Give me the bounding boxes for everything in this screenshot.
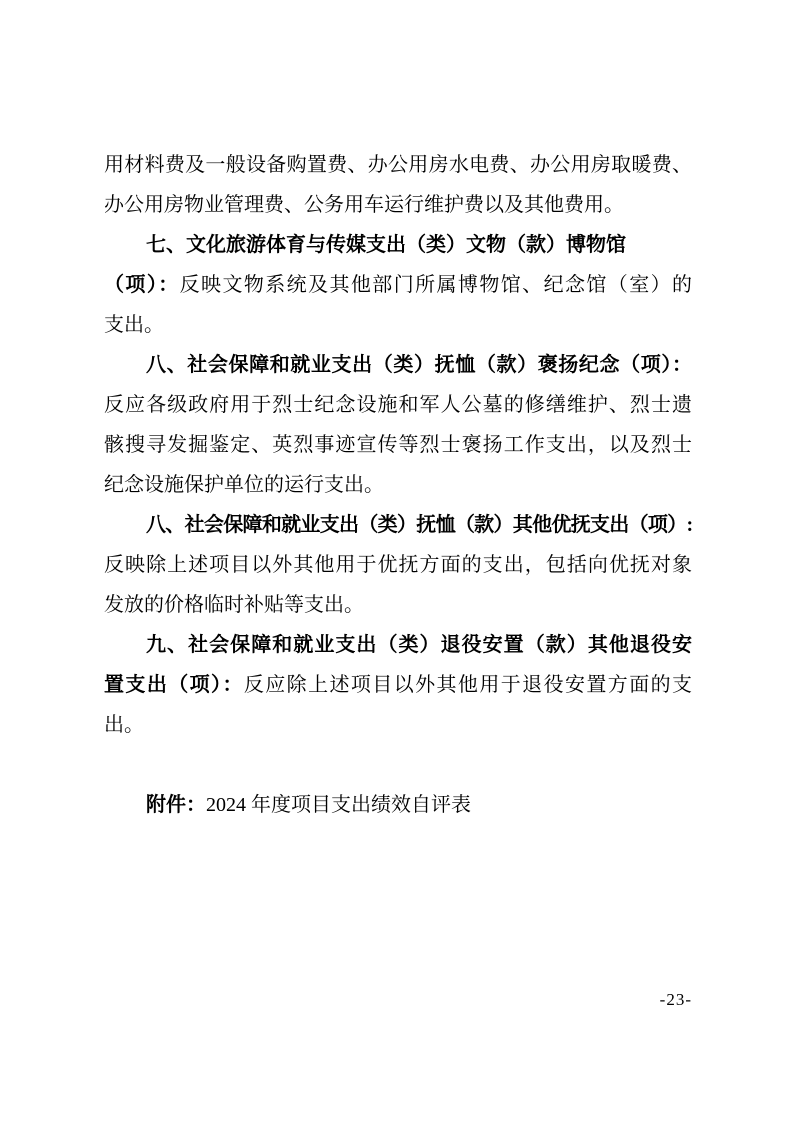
section-heading-9: 九、社会保障和就业支出（类）退役安置（款）其他退役安 [104,625,692,665]
heading-text: 八、社会保障和就业支出（类）抚恤（款）褒扬纪念（项）： [146,354,692,376]
body-line: 反应各级政府用于烈士纪念设施和军人公墓的修缮维护、烈士遗 [104,385,692,425]
body-text: 办公用房物业管理费、公务用车运行维护费以及其他费用。 [104,194,624,216]
section-heading-8a: 八、社会保障和就业支出（类）抚恤（款）褒扬纪念（项）： [104,345,692,385]
page-number: -23- [660,991,692,1009]
heading-text: 七、文化旅游体育与传媒支出（类）文物（款）博物馆 [146,234,626,256]
body-line: 办公用房物业管理费、公务用车运行维护费以及其他费用。 [104,185,692,225]
document-body: 用材料费及一般设备购置费、办公用房水电费、办公用房取暖费、 办公用房物业管理费、… [104,145,692,825]
attachment-label: 附件： [146,794,206,816]
body-line: （项）：反映文物系统及其他部门所属博物馆、纪念馆（室）的 [104,265,692,305]
heading-text: 九、社会保障和就业支出（类）退役安置（款）其他退役安 [146,634,692,656]
body-line: 反映除上述项目以外其他用于优抚方面的支出，包括向优抚对象 [104,545,692,585]
body-line: 出。 [104,705,692,745]
document-page: 用材料费及一般设备购置费、办公用房水电费、办公用房取暖费、 办公用房物业管理费、… [0,0,793,1122]
body-text: 反应除上述项目以外其他用于退役安置方面的支 [244,674,692,696]
attachment-title: 2024 年度项目支出绩效自评表 [206,794,471,816]
section-heading-8b: 八、社会保障和就业支出（类）抚恤（款）其他优抚支出（项）: [104,505,692,545]
body-line: 纪念设施保护单位的运行支出。 [104,465,692,505]
heading-run-in: （项）： [104,274,180,296]
body-line: 支出。 [104,305,692,345]
body-text: 纪念设施保护单位的运行支出。 [104,474,384,496]
blank-line [104,745,692,785]
body-text: 反映除上述项目以外其他用于优抚方面的支出，包括向优抚对象 [104,554,692,576]
body-text: 出。 [104,714,144,736]
body-line: 发放的价格临时补贴等支出。 [104,585,692,625]
body-text: 发放的价格临时补贴等支出。 [104,594,364,616]
body-text: 反应各级政府用于烈士纪念设施和军人公墓的修缮维护、烈士遗 [104,394,692,416]
body-line: 骸搜寻发掘鉴定、英烈事迹宣传等烈士褒扬工作支出，以及烈士 [104,425,692,465]
body-text: 反映文物系统及其他部门所属博物馆、纪念馆（室）的 [180,274,692,296]
heading-run-in: 置支出（项）： [104,674,244,696]
attachment-line: 附件：2024 年度项目支出绩效自评表 [104,785,692,825]
section-heading-7: 七、文化旅游体育与传媒支出（类）文物（款）博物馆 [104,225,692,265]
heading-text: 八、社会保障和就业支出（类）抚恤（款）其他优抚支出（项）: [146,514,692,536]
body-line: 置支出（项）：反应除上述项目以外其他用于退役安置方面的支 [104,665,692,705]
body-text: 用材料费及一般设备购置费、办公用房水电费、办公用房取暖费、 [104,154,692,176]
body-line: 用材料费及一般设备购置费、办公用房水电费、办公用房取暖费、 [104,145,692,185]
body-text: 支出。 [104,314,164,336]
body-text: 骸搜寻发掘鉴定、英烈事迹宣传等烈士褒扬工作支出，以及烈士 [104,434,692,456]
